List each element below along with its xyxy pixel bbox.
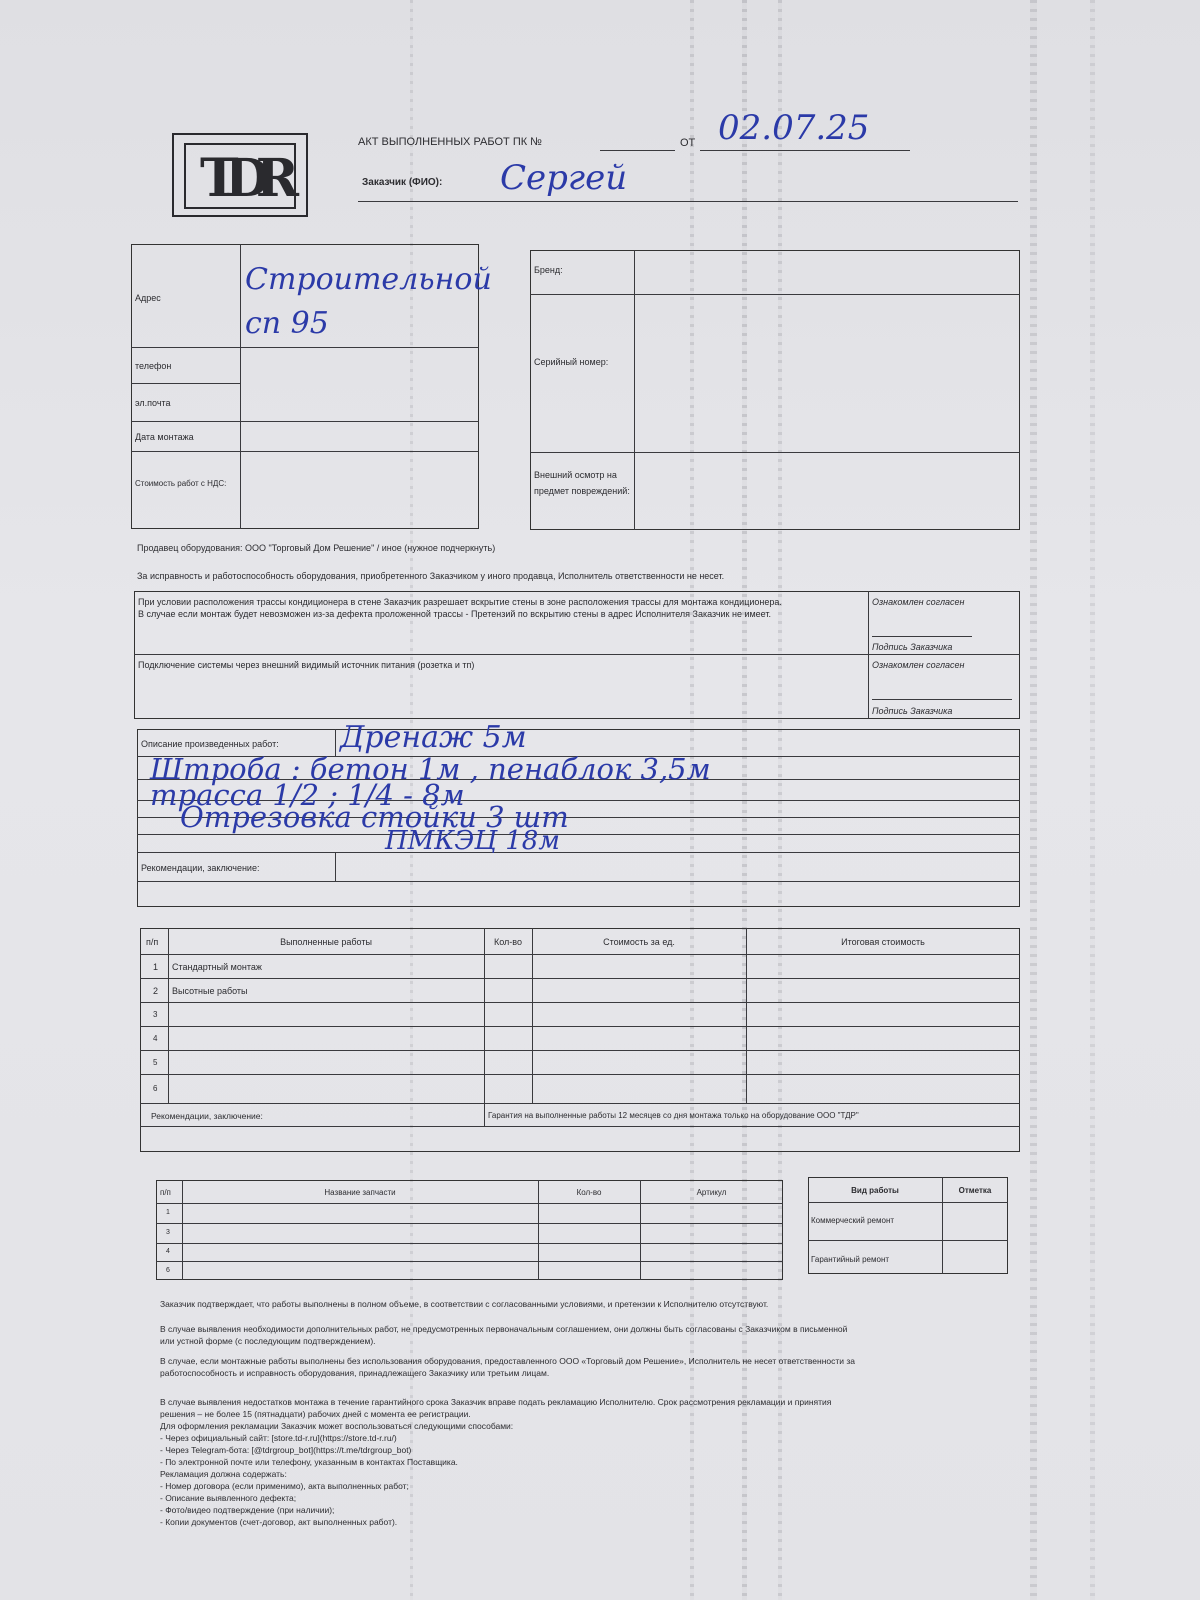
agreement-2-text: Подключение системы через внешний видимы… — [138, 659, 474, 671]
claim-method: - Через Telegram-бота: [@tdrgroup_bot](h… — [160, 1444, 831, 1456]
from-label: от — [680, 137, 695, 150]
address-label: Адрес — [135, 292, 161, 304]
works-recommendations-label: Рекомендации, заключение: — [151, 1110, 263, 1122]
footer-additional-works: В случае выявления необходимости дополни… — [160, 1323, 847, 1347]
agreement-2-signature-line[interactable] — [872, 699, 1012, 700]
claim-content-item: - Фото/видео подтверждение (при наличии)… — [160, 1504, 831, 1516]
parts-col-number: п/п — [160, 1187, 171, 1199]
agreement-1-signature-label: Подпись Заказчика — [872, 641, 952, 653]
repair-col-mark: Отметка — [942, 1185, 1008, 1197]
parts-col-article: Артикул — [640, 1187, 783, 1199]
warranty-note: Гарантия на выполненные работы 12 месяце… — [488, 1110, 859, 1122]
footer-claims: В случае выявления недостатков монтажа в… — [160, 1396, 831, 1528]
footer-confirmation: Заказчик подтверждает, что работы выполн… — [160, 1298, 768, 1310]
works-col-total: Итоговая стоимость — [746, 936, 1020, 948]
works-col-unit-cost: Стоимость за ед. — [532, 936, 746, 948]
works-col-qty: Кол-во — [484, 936, 532, 948]
repair-col-type: Вид работы — [808, 1185, 942, 1197]
act-date-field[interactable]: 02.07.25 — [718, 108, 869, 148]
parts-table-row[interactable]: 6 — [166, 1265, 170, 1277]
address-field-line1[interactable]: Строительной — [245, 262, 492, 297]
claim-method: - По электронной почте или телефону, ука… — [160, 1456, 831, 1468]
works-col-name: Выполненные работы — [168, 936, 484, 948]
serial-label: Серийный номер: — [534, 356, 624, 368]
cost-vat-label: Стоимость работ с НДС: — [135, 478, 235, 490]
document-title: АКТ ВЫПОЛНЕННЫХ РАБОТ ПК № — [358, 136, 542, 149]
work-name: Высотные работы — [172, 985, 248, 997]
commercial-repair-mark[interactable] — [945, 1205, 1005, 1237]
agreement-2-agree-label: Ознакомлен согласен — [872, 659, 964, 671]
work-recommendations-label: Рекомендации, заключение: — [141, 862, 259, 874]
agreement-1-agree-label: Ознакомлен согласен — [872, 596, 964, 608]
parts-col-qty: Кол-во — [538, 1187, 640, 1199]
email-label: эл.почта — [135, 397, 171, 409]
warranty-repair-label: Гарантийный ремонт — [811, 1254, 889, 1266]
install-date-label: Дата монтажа — [135, 431, 194, 443]
parts-table-row[interactable]: 4 — [166, 1246, 170, 1258]
works-col-number: п/п — [146, 936, 158, 948]
brand-label: Бренд: — [534, 264, 563, 276]
claim-content-item: - Номер договора (если применимо), акта … — [160, 1480, 831, 1492]
logo-text: TDR — [200, 148, 285, 209]
work-name: Стандартный монтаж — [172, 961, 262, 973]
claim-content-item: - Описание выявленного дефекта; — [160, 1492, 831, 1504]
warranty-repair-mark[interactable] — [945, 1243, 1005, 1272]
customer-name-field[interactable]: Сергей — [500, 158, 627, 198]
agreement-1-signature-line[interactable] — [872, 636, 972, 637]
parts-table-row[interactable]: 1 — [166, 1207, 170, 1219]
parts-table-row[interactable]: 3 — [166, 1227, 170, 1239]
parts-col-name: Название запчасти — [182, 1187, 538, 1199]
liability-line: За исправность и работоспособность обору… — [137, 570, 724, 582]
phone-label: телефон — [135, 360, 171, 372]
agreement-1-text: При условии расположения трассы кондицио… — [138, 596, 863, 620]
work-description-label: Описание произведенных работ: — [141, 738, 279, 750]
seller-line: Продавец оборудования: ООО "Торговый Дом… — [137, 542, 495, 554]
footer-own-equipment: В случае, если монтажные работы выполнен… — [160, 1355, 855, 1379]
inspection-label: Внешний осмотр на предмет повреждений: — [534, 467, 632, 499]
work-description-line-5[interactable]: ПМКЭЦ 18м — [385, 826, 560, 856]
claim-content-item: - Копии документов (счет-договор, акт вы… — [160, 1516, 831, 1528]
claim-method: - Через официальный сайт: [store.td-r.ru… — [160, 1432, 831, 1444]
customer-label: Заказчик (ФИО): — [362, 176, 442, 189]
agreement-2-signature-label: Подпись Заказчика — [872, 705, 952, 717]
work-description-line-1[interactable]: Дренаж 5м — [340, 720, 527, 755]
address-field-line2[interactable]: сп 95 — [245, 306, 329, 341]
commercial-repair-label: Коммерческий ремонт — [811, 1215, 894, 1227]
